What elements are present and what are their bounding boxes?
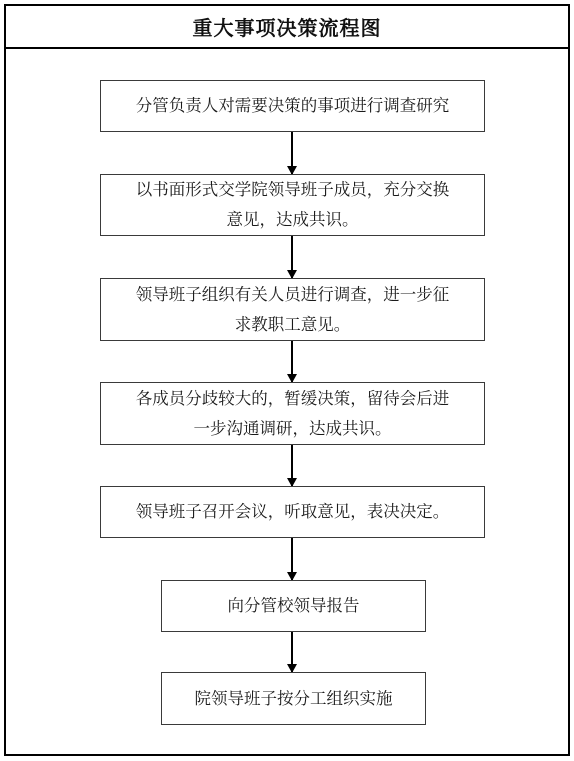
step-2-line-2: 意见，达成共识。 [227, 205, 359, 235]
step-3-line-1: 领导班子组织有关人员进行调查，进一步征 [136, 280, 450, 310]
step-box-5: 领导班子召开会议，听取意见，表决决定。 [100, 486, 485, 538]
step-2-line-1: 以书面形式交学院领导班子成员，充分交换 [136, 175, 450, 205]
arrow-down-icon [291, 341, 293, 382]
arrow-down-icon [291, 132, 293, 174]
step-box-7: 院领导班子按分工组织实施 [161, 672, 426, 725]
arrow-down-icon [291, 538, 293, 580]
step-4-line-2: 一步沟通调研，达成共识。 [194, 414, 392, 444]
step-box-1: 分管负责人对需要决策的事项进行调查研究 [100, 80, 485, 132]
step-1-line-1: 分管负责人对需要决策的事项进行调查研究 [136, 91, 450, 121]
page-title: 重大事项决策流程图 [193, 12, 382, 41]
step-3-line-2: 求教职工意见。 [235, 310, 351, 340]
title-row: 重大事项决策流程图 [6, 6, 568, 49]
arrow-down-icon [291, 236, 293, 278]
step-box-6: 向分管校领导报告 [161, 580, 426, 632]
arrow-down-icon [291, 445, 293, 486]
step-5-line-1: 领导班子召开会议，听取意见，表决决定。 [136, 497, 450, 527]
arrow-down-icon [291, 632, 293, 672]
step-box-3: 领导班子组织有关人员进行调查，进一步征 求教职工意见。 [100, 278, 485, 341]
step-box-2: 以书面形式交学院领导班子成员，充分交换 意见，达成共识。 [100, 174, 485, 236]
step-7-line-1: 院领导班子按分工组织实施 [195, 684, 393, 714]
step-4-line-1: 各成员分歧较大的，暂缓决策，留待会后进 [136, 384, 450, 414]
step-6-line-1: 向分管校领导报告 [228, 591, 360, 621]
step-box-4: 各成员分歧较大的，暂缓决策，留待会后进 一步沟通调研，达成共识。 [100, 382, 485, 445]
